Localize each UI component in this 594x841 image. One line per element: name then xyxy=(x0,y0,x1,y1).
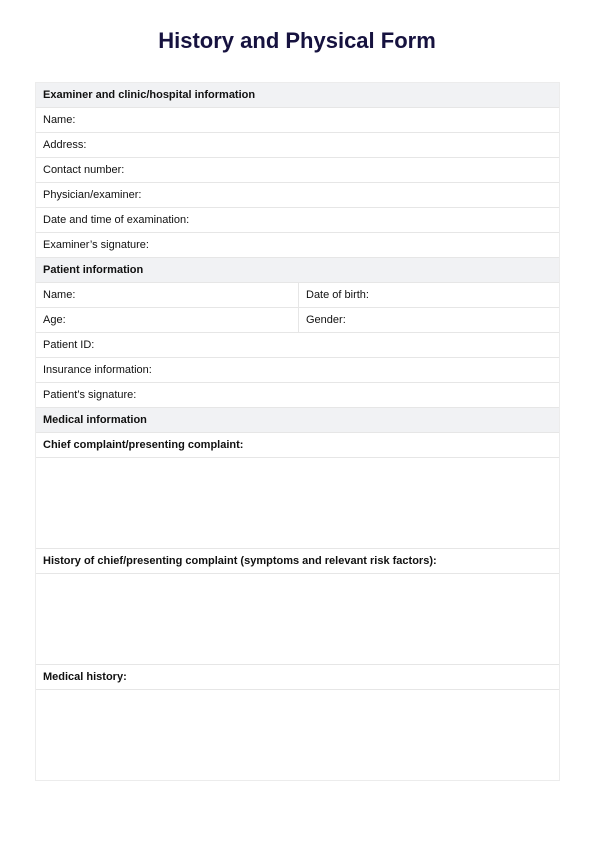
field-age[interactable]: Age: xyxy=(36,308,299,332)
field-label: Examiner’s signature: xyxy=(36,233,559,257)
field-label: Date and time of examination: xyxy=(36,208,559,232)
field-label: Name: xyxy=(36,108,559,132)
textarea-medical-history[interactable] xyxy=(36,690,559,780)
field-label: Insurance information: xyxy=(36,358,559,382)
textarea-chief-complaint[interactable] xyxy=(36,458,559,549)
form-table: Examiner and clinic/hospital information… xyxy=(35,82,560,781)
field-row-name-dob: Name: Date of birth: xyxy=(36,283,559,308)
field-date-of-birth[interactable]: Date of birth: xyxy=(299,283,559,307)
textarea-history-complaint[interactable] xyxy=(36,574,559,665)
label-medical-history: Medical history: xyxy=(36,665,559,690)
section-header-examiner: Examiner and clinic/hospital information xyxy=(36,83,559,108)
field-label: Contact number: xyxy=(36,158,559,182)
section-title: Medical information xyxy=(36,408,559,432)
field-exam-datetime[interactable]: Date and time of examination: xyxy=(36,208,559,233)
field-patient-name[interactable]: Name: xyxy=(36,283,299,307)
section-header-medical: Medical information xyxy=(36,408,559,433)
field-label: Chief complaint/presenting complaint: xyxy=(36,433,559,457)
field-examiner-signature[interactable]: Examiner’s signature: xyxy=(36,233,559,258)
section-header-patient: Patient information xyxy=(36,258,559,283)
field-label: History of chief/presenting complaint (s… xyxy=(36,549,559,573)
field-gender[interactable]: Gender: xyxy=(299,308,559,332)
field-patient-id[interactable]: Patient ID: xyxy=(36,333,559,358)
page-title: History and Physical Form xyxy=(0,28,594,54)
field-insurance[interactable]: Insurance information: xyxy=(36,358,559,383)
field-physician[interactable]: Physician/examiner: xyxy=(36,183,559,208)
field-examiner-name[interactable]: Name: xyxy=(36,108,559,133)
field-label: Medical history: xyxy=(36,665,559,689)
field-contact-number[interactable]: Contact number: xyxy=(36,158,559,183)
field-label: Patient ID: xyxy=(36,333,559,357)
label-chief-complaint: Chief complaint/presenting complaint: xyxy=(36,433,559,458)
label-history-complaint: History of chief/presenting complaint (s… xyxy=(36,549,559,574)
section-title: Examiner and clinic/hospital information xyxy=(36,83,559,107)
section-title: Patient information xyxy=(36,258,559,282)
field-patient-signature[interactable]: Patient’s signature: xyxy=(36,383,559,408)
field-examiner-address[interactable]: Address: xyxy=(36,133,559,158)
field-label: Physician/examiner: xyxy=(36,183,559,207)
field-row-age-gender: Age: Gender: xyxy=(36,308,559,333)
field-label: Patient’s signature: xyxy=(36,383,559,407)
field-label: Address: xyxy=(36,133,559,157)
